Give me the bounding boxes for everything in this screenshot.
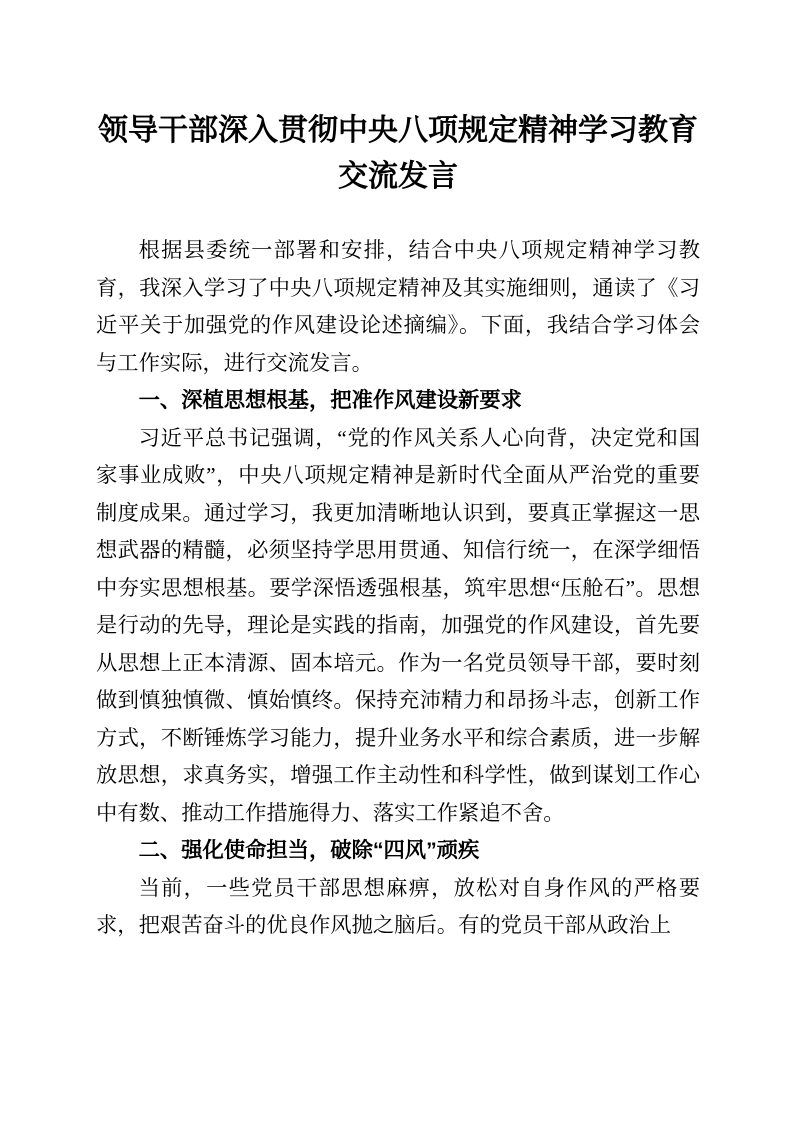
document-page: 领导干部深入贯彻中央八项规定精神学习教育交流发言 根据县委统一部署和安排，结合中… xyxy=(0,0,793,1122)
section-heading-2: 二、强化使命担当，破除“四风”顽疾 xyxy=(96,832,700,870)
paragraph-intro: 根据县委统一部署和安排，结合中央八项规定精神学习教育，我深入学习了中央八项规定精… xyxy=(96,232,700,382)
document-title: 领导干部深入贯彻中央八项规定精神学习教育交流发言 xyxy=(96,108,700,200)
section-heading-1: 一、深植思想根基，把准作风建设新要求 xyxy=(96,382,700,420)
paragraph-section-1: 习近平总书记强调，“党的作风关系人心向背，决定党和国家事业成败”，中央八项规定精… xyxy=(96,420,700,833)
paragraph-section-2: 当前，一些党员干部思想麻痹，放松对自身作风的严格要求，把艰苦奋斗的优良作风抛之脑… xyxy=(96,870,700,945)
